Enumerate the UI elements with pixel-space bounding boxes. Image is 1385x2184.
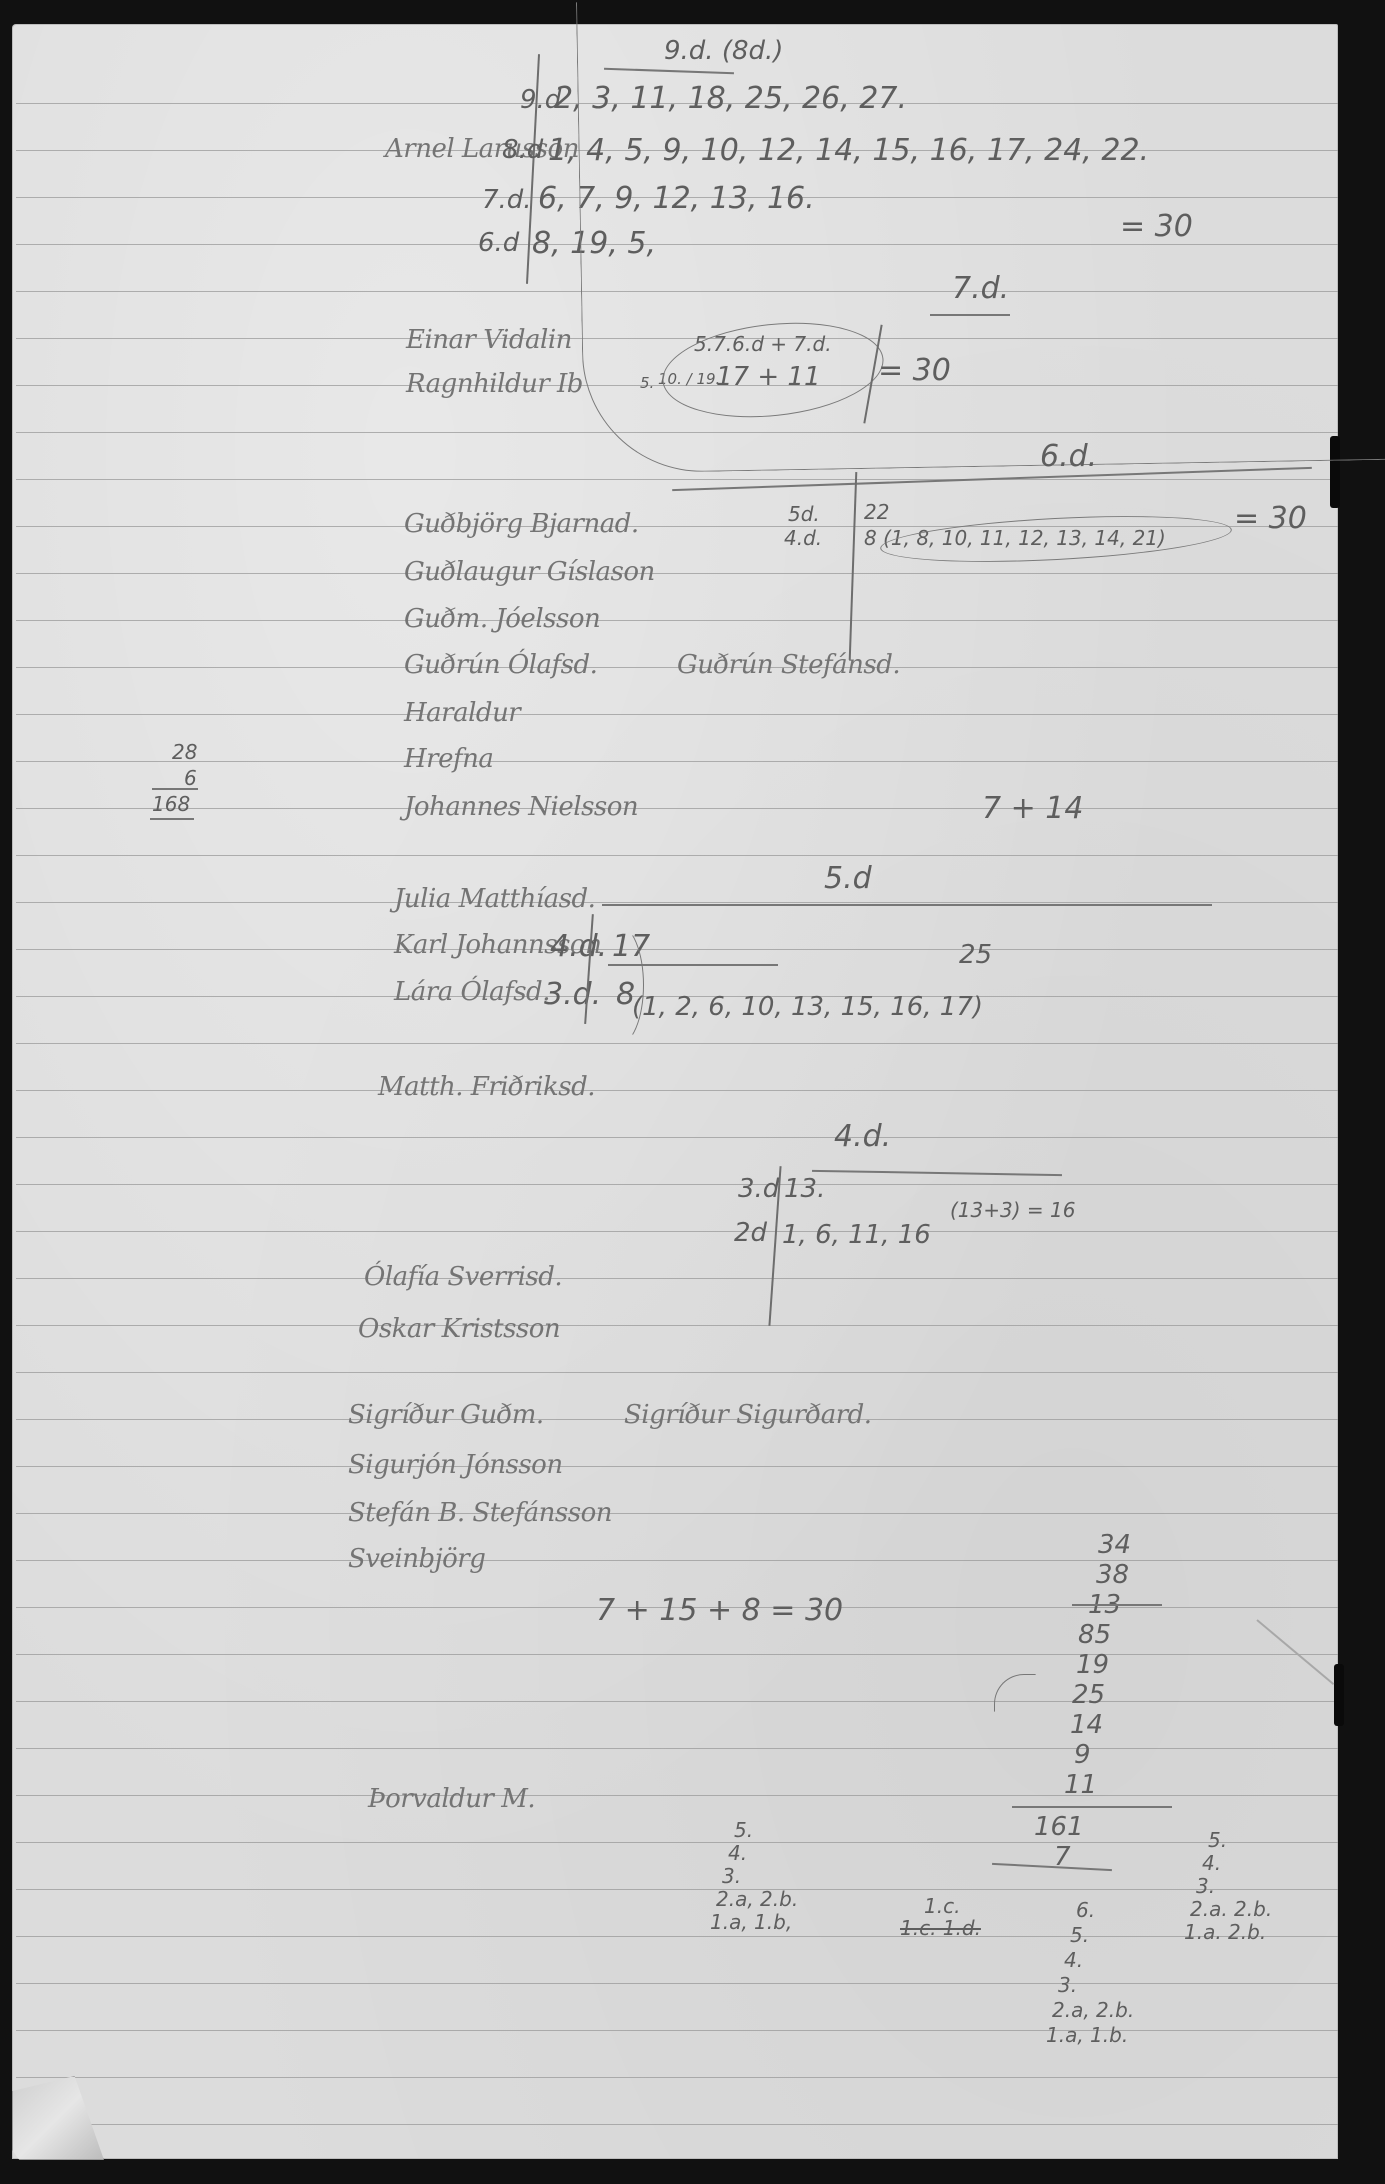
sum-total: 161: [1034, 1814, 1084, 1840]
sum-underline: [150, 818, 194, 820]
grade-item: 3.: [722, 1866, 741, 1886]
ruled-line: [16, 2124, 1338, 2125]
student-name-alt: Guðrún Stefánsd.: [677, 652, 900, 678]
folded-corner: [12, 2076, 104, 2160]
grade-item: 4.: [728, 1843, 747, 1863]
student-name: Guðm. Jóelsson: [404, 606, 600, 632]
student-name: Guðrún Ólafsd.: [404, 652, 597, 678]
ruled-line: [16, 1748, 1338, 1749]
ruled-line: [16, 902, 1338, 903]
header-underline: [812, 1170, 1062, 1176]
ruled-line: [16, 714, 1338, 715]
ruled-line: [16, 1983, 1338, 1984]
bracket-paren: [592, 924, 644, 1046]
ruled-line: [16, 620, 1338, 621]
sum-total-line: [1012, 1806, 1172, 1808]
side-calc-result: 168: [152, 794, 190, 814]
section-note: (13+3) = 16: [950, 1200, 1075, 1220]
grade-item: 3.: [1058, 1975, 1077, 1995]
grade-item: 2.a, 2.b.: [1052, 2000, 1134, 2020]
student-name: Einar Vidalin: [406, 327, 572, 353]
sum-value: 85: [1078, 1622, 1111, 1648]
student-name: Guðlaugur Gíslason: [404, 559, 655, 585]
grade-item: 4.: [1202, 1853, 1221, 1873]
sum-below-line: [992, 1863, 1112, 1871]
grade-item: 4.: [1064, 1950, 1083, 1970]
row-values: 13.: [784, 1176, 825, 1202]
ruled-line: [16, 1466, 1338, 1467]
ruled-line: [16, 1560, 1338, 1561]
sum-line: [1072, 1604, 1162, 1606]
section5-header: 4.d.: [834, 1122, 891, 1152]
ruled-line: [16, 2030, 1338, 2031]
ruled-line: [16, 761, 1338, 762]
row-label: 8.d: [502, 137, 543, 163]
student-name: Lára Ólafsd.: [394, 979, 550, 1005]
ruled-line: [16, 1043, 1338, 1044]
ruled-line: [16, 573, 1338, 574]
section4-header: 5.d: [824, 864, 872, 894]
ruled-line: [16, 1231, 1338, 1232]
student-name: Matth. Friðriksd.: [378, 1074, 595, 1100]
student-name: Hrefna: [404, 746, 493, 772]
row-label: 5d.: [788, 504, 820, 524]
grade-item: 5.: [1208, 1830, 1227, 1850]
row-values: 22: [864, 502, 889, 522]
page-tear: [1256, 1619, 1334, 1685]
ruled-line: [16, 1372, 1338, 1373]
grade-item: 1.a. 2.b.: [1184, 1922, 1266, 1942]
ruled-line: [16, 1842, 1338, 1843]
sum-line: [152, 788, 198, 790]
formula-left: 5.: [640, 376, 654, 391]
student-name: Guðbjörg Bjarnad.: [404, 511, 639, 537]
grade-item: 1.a, 1.b.: [1046, 2025, 1128, 2045]
ruled-line: [16, 2077, 1338, 2078]
row-label: 3.d: [738, 1176, 779, 1202]
ruled-line: [16, 1701, 1338, 1702]
section2-header: 7.d.: [952, 274, 1009, 304]
ruled-line: [16, 855, 1338, 856]
row-values: 1, 6, 11, 16: [782, 1222, 931, 1248]
section-formula: 7 + 15 + 8 = 30: [596, 1596, 843, 1626]
row-label: 2d: [734, 1220, 767, 1246]
sum-value: 19: [1076, 1652, 1109, 1678]
ruled-line: [16, 1889, 1338, 1890]
sum-value: 14: [1070, 1712, 1103, 1738]
student-name: Sveinbjörg: [348, 1546, 485, 1572]
sum-value: 25: [1072, 1682, 1105, 1708]
student-name-alt: Sigríður Sigurðard.: [624, 1402, 872, 1428]
ruled-line: [16, 949, 1338, 950]
row-label: 6.d: [478, 230, 519, 256]
section-total: = 30: [1234, 504, 1307, 534]
sum-bracket: [994, 1674, 1036, 1712]
row-label: 7.d.: [482, 187, 532, 213]
binding-tab: [1334, 1664, 1344, 1726]
sum-value: 38: [1096, 1562, 1129, 1588]
side-calc-a: 28: [172, 742, 197, 762]
sum-value: 9: [1074, 1742, 1091, 1768]
student-name: Þorvaldur M.: [368, 1786, 535, 1812]
student-name: Ólafía Sverrisd.: [364, 1264, 562, 1290]
ruled-line: [16, 479, 1338, 480]
ruled-line: [16, 1936, 1338, 1937]
grade-item: 6.: [1076, 1900, 1095, 1920]
section-total: = 30: [878, 356, 951, 386]
header-underline: [930, 314, 1010, 316]
ruled-line: [16, 1325, 1338, 1326]
grade-item: 2.a, 2.b.: [716, 1889, 798, 1909]
sum-value: 11: [1064, 1772, 1097, 1798]
grade-list: (1, 2, 6, 10, 13, 15, 16, 17): [632, 994, 983, 1020]
bracket-line: [849, 472, 857, 660]
grade-item: 5.: [1070, 1925, 1089, 1945]
ruled-line: [16, 1184, 1338, 1185]
list-oval: [879, 509, 1233, 569]
sum-value: 34: [1098, 1532, 1131, 1558]
ledger-page: 9.d. (8d.) Arnel Larusson 9.d 2, 3, 11, …: [12, 24, 1338, 2159]
student-name: Sigríður Guðm.: [348, 1402, 544, 1428]
section-total: 25: [959, 942, 992, 968]
struck-text: 1.c. 1.d.: [900, 1918, 981, 1938]
ruled-line: [16, 1278, 1338, 1279]
grade-item: 2.a. 2.b.: [1190, 1899, 1272, 1919]
ruled-line: [16, 1654, 1338, 1655]
ruled-line: [16, 1513, 1338, 1514]
grade-item: 1.a, 1.b,: [710, 1912, 792, 1932]
ruled-line: [16, 808, 1338, 809]
student-name: Julia Matthíasd.: [394, 886, 595, 912]
grade-item: 5.: [734, 1820, 753, 1840]
student-name: Stefán B. Stefánsson: [348, 1500, 612, 1526]
student-name: Johannes Nielsson: [404, 794, 638, 820]
student-name: Oskar Kristsson: [358, 1316, 560, 1342]
side-calc-b: 6: [184, 768, 197, 788]
header-underline: [602, 904, 1212, 906]
grade-item: 3.: [1196, 1876, 1215, 1896]
section-note: 7 + 14: [982, 794, 1083, 824]
ruled-line: [16, 1795, 1338, 1796]
student-name: Ragnhildur Ib: [406, 371, 583, 397]
student-name: Haraldur: [404, 700, 520, 726]
ruled-line: [16, 1090, 1338, 1091]
ruled-line: [16, 1137, 1338, 1138]
student-name: Sigurjón Jónsson: [348, 1452, 563, 1478]
grade-extra: 1.c.: [924, 1896, 960, 1916]
row-label: 4.d.: [784, 528, 822, 548]
section3-header: 6.d.: [1040, 442, 1097, 472]
